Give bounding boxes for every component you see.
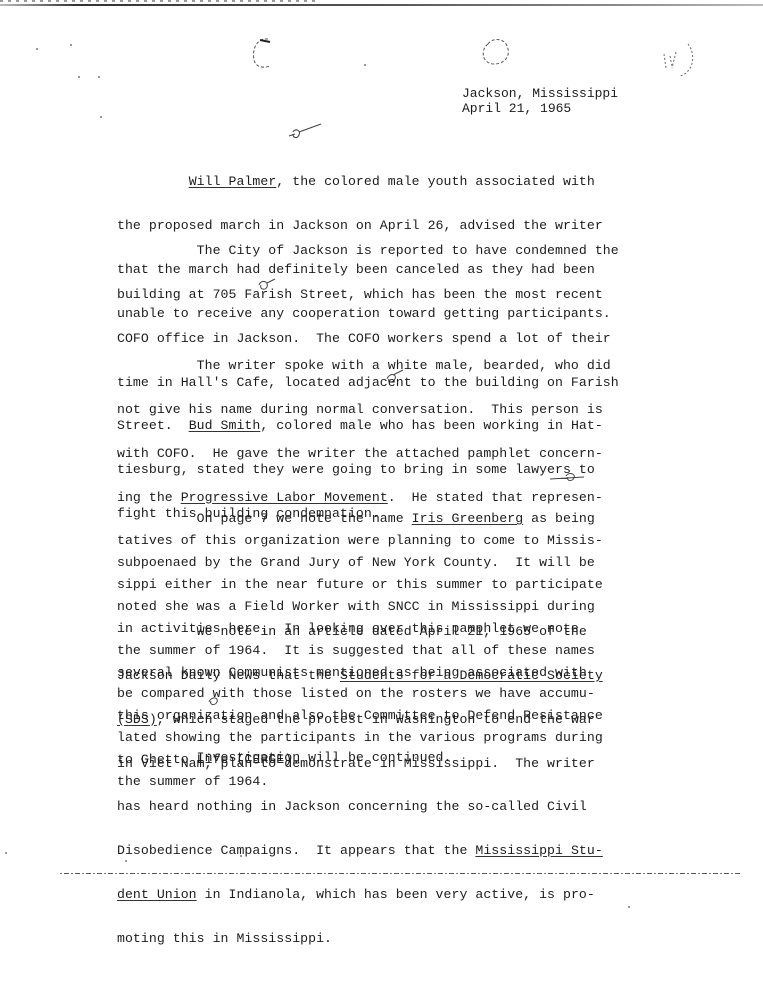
- text-line: Disobedience Campaigns. It appears that …: [117, 844, 657, 859]
- scan-speck: [100, 116, 102, 118]
- closing-line: Investigation will be continued.: [117, 722, 657, 780]
- underlined-name: Iris Greenberg: [412, 511, 524, 526]
- text-line: not give his name during normal conversa…: [117, 403, 657, 418]
- text-line: Will Palmer, the colored male youth asso…: [117, 175, 657, 190]
- underlined-organization: dent Union: [117, 887, 197, 902]
- scan-speck: [36, 48, 38, 50]
- handwritten-mark-top-right: [650, 40, 698, 84]
- scan-speck: [70, 44, 72, 46]
- text-line: with COFO. He gave the writer the attach…: [117, 447, 657, 462]
- dateline: Jackson, Mississippi April 21, 1965: [462, 86, 618, 116]
- text-line: has heard nothing in Jackson concerning …: [117, 800, 657, 815]
- text-line: Jackson Daily News that the Students for…: [117, 669, 657, 684]
- dateline-date: April 21, 1965: [462, 101, 571, 116]
- text-line: moting this in Mississippi.: [117, 932, 657, 947]
- punch-hole-mark-left: [248, 36, 278, 72]
- text-line: Investigation will be continued.: [117, 751, 657, 766]
- text-line: dent Union in Indianola, which has been …: [117, 888, 657, 903]
- underlined-organization: Students for a Democratic Society: [340, 668, 603, 683]
- text-line: The writer spoke with a white male, bear…: [117, 359, 657, 374]
- underlined-organization: Mississippi Stu-: [475, 843, 602, 858]
- scan-artifact-bottom-rule: [60, 873, 740, 874]
- punch-hole-mark-center: [478, 36, 522, 68]
- scan-speck: [364, 64, 366, 66]
- text-line: subpoenaed by the Grand Jury of New York…: [117, 556, 657, 571]
- text-line: On page 7 we note the name Iris Greenber…: [117, 512, 657, 527]
- scan-artifact-dashed-edge: [0, 0, 320, 2]
- scan-speck: [5, 852, 7, 854]
- scan-artifact-top-edge: [0, 4, 763, 6]
- text-line: We note in an article dated April 21, 19…: [117, 625, 657, 640]
- underlined-name: Will Palmer: [189, 174, 277, 189]
- text-line: The City of Jackson is reported to have …: [117, 244, 657, 259]
- scan-speck: [98, 76, 100, 78]
- pencil-annotation-mark: [285, 122, 325, 144]
- scan-speck: [78, 76, 80, 78]
- text-line: building at 705 Farish Street, which has…: [117, 288, 657, 303]
- dateline-place: Jackson, Mississippi: [462, 86, 618, 101]
